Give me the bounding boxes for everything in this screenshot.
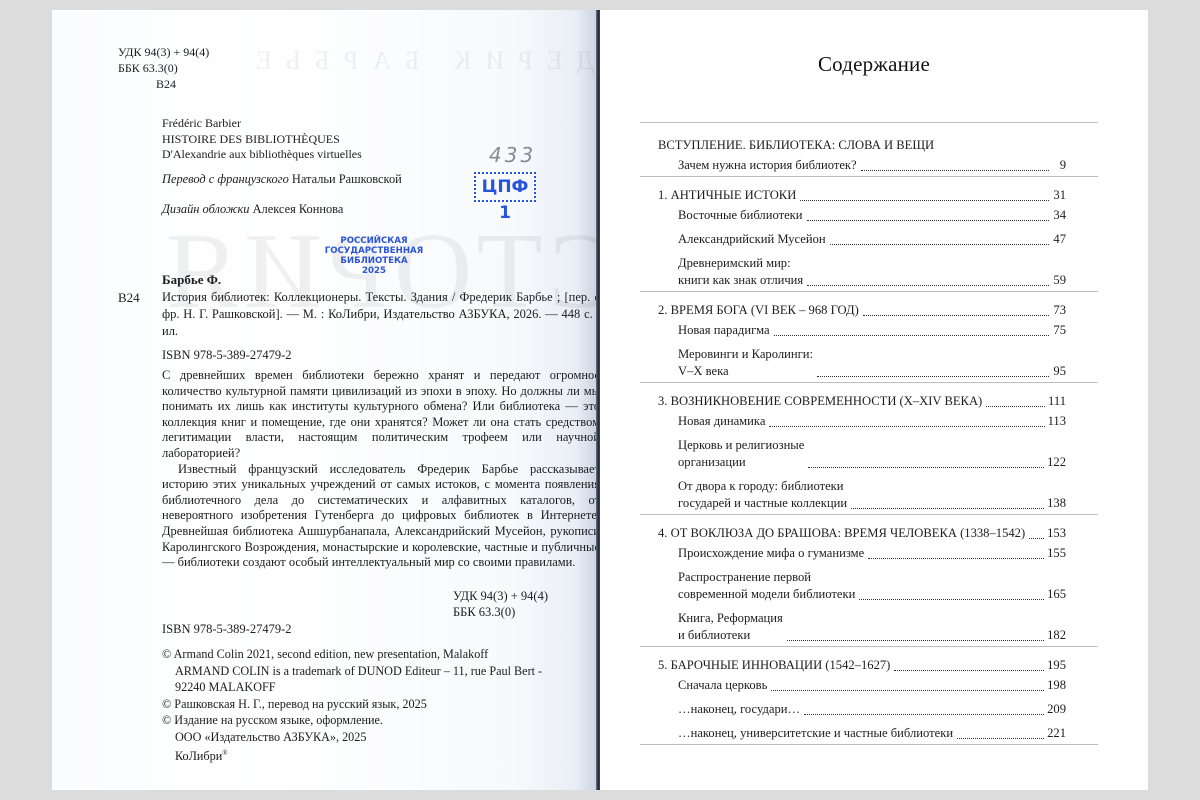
toc-entry-label: 5. БАРОЧНЫЕ ИННОВАЦИИ (1542–1627) — [658, 657, 890, 674]
toc-entry-label: 1. АНТИЧНЫЕ ИСТОКИ — [658, 187, 796, 204]
toc-page-number: 73 — [1052, 302, 1066, 319]
toc-entry-label-line: и библиотеки — [678, 627, 783, 644]
catalog-description: История библиотек: Коллекционеры. Тексты… — [162, 289, 598, 340]
toc-page-number: 9 — [1052, 157, 1066, 174]
copyright-line: ООО «Издательство АЗБУКА», 2025 — [162, 729, 542, 746]
copyright-line: 92240 MALAKOFF — [162, 679, 542, 696]
dot-leader — [861, 170, 1049, 171]
original-author: Frédéric Barbier — [162, 116, 362, 132]
toc-section-heading[interactable]: 2. ВРЕМЯ БОГА (VI ВЕК – 968 ГОД)73 — [658, 302, 1066, 319]
toc-entry-label: Восточные библиотеки — [678, 207, 803, 224]
toc-page-number: 182 — [1047, 627, 1066, 644]
dot-leader — [817, 376, 1049, 377]
library-stamp-line: ГОСУДАРСТВЕННАЯ — [314, 246, 434, 256]
dot-leader — [830, 244, 1049, 245]
toc-entry-label-line: книги как знак отличия — [678, 272, 803, 289]
toc-section-heading[interactable]: 1. АНТИЧНЫЕ ИСТОКИ31 — [658, 187, 1066, 204]
toc-entry[interactable]: Новая парадигма75 — [658, 322, 1066, 339]
toc-section-heading[interactable]: 4. ОТ ВОКЛЮЗА ДО БРАШОВА: ВРЕМЯ ЧЕЛОВЕКА… — [658, 525, 1066, 542]
library-stamp: РОССИЙСКАЯ ГОСУДАРСТВЕННАЯ БИБЛИОТЕКА 20… — [314, 236, 434, 276]
toc-page-number: 195 — [1047, 657, 1066, 674]
toc-section-heading[interactable]: 3. ВОЗНИКНОВЕНИЕ СОВРЕМЕННОСТИ (X–XIV ВЕ… — [658, 393, 1066, 410]
toc-entry-label-line: Распространение первой — [678, 569, 855, 586]
dot-leader — [957, 738, 1044, 739]
dot-leader — [800, 200, 1049, 201]
udk-code: УДК 94(3) + 94(4) — [118, 44, 209, 60]
dot-leader — [863, 315, 1049, 316]
isbn: ISBN 978-5-389-27479-2 — [162, 348, 292, 363]
toc-entry-label: 2. ВРЕМЯ БОГА (VI ВЕК – 968 ГОД) — [658, 302, 859, 319]
toc-entry-label: Происхождение мифа о гуманизме — [678, 545, 864, 562]
dot-leader — [804, 714, 1044, 715]
toc-entry-label-line: современной модели библиотеки — [678, 586, 855, 603]
divider — [640, 122, 1098, 123]
author-mark: B24 — [118, 76, 209, 92]
toc-entry[interactable]: Книга, Реформацияи библиотеки182 — [658, 610, 1066, 644]
toc-entry-label: Александрийский Мусейон — [678, 231, 826, 248]
bottom-classification: УДК 94(3) + 94(4) ББК 63.3(0) — [453, 588, 548, 620]
dot-leader — [807, 285, 1049, 286]
toc-entry-label: 3. ВОЗНИКНОВЕНИЕ СОВРЕМЕННОСТИ (X–XIV ВЕ… — [658, 393, 982, 410]
table-of-contents: ВСТУПЛЕНИЕ. БИБЛИОТЕКА: СЛОВА И ВЕЩИЗаче… — [658, 137, 1066, 755]
isbn-bottom: ISBN 978-5-389-27479-2 — [162, 622, 292, 637]
toc-section: 4. ОТ ВОКЛЮЗА ДО БРАШОВА: ВРЕМЯ ЧЕЛОВЕКА… — [658, 525, 1066, 644]
bbk-code: ББК 63.3(0) — [118, 60, 209, 76]
toc-entry-label: От двора к городу: библиотекигосударей и… — [678, 478, 847, 512]
toc-entry-label-line: Церковь и религиозные — [678, 437, 804, 454]
toc-page-number: 113 — [1048, 413, 1066, 430]
toc-entry-label: Новая динамика — [678, 413, 765, 430]
dot-leader — [787, 640, 1044, 641]
toc-entry-label-line: организации — [678, 454, 804, 471]
udk-code-bottom: УДК 94(3) + 94(4) — [453, 588, 548, 604]
toc-page-number: 31 — [1052, 187, 1066, 204]
dot-leader — [1029, 538, 1044, 539]
toc-page-number: 198 — [1047, 677, 1066, 694]
toc-entry[interactable]: Распространение первойсовременной модели… — [658, 569, 1066, 603]
toc-entry-label-line: V–X века — [678, 363, 813, 380]
toc-page-number: 155 — [1047, 545, 1066, 562]
annotation-paragraph: Известный французский исследователь Фред… — [162, 462, 598, 571]
original-subtitle: D'Alexandrie aux bibliothèques virtuelle… — [162, 147, 362, 163]
toc-entry[interactable]: От двора к городу: библиотекигосударей и… — [658, 478, 1066, 512]
toc-entry-label-line: Древнеримский мир: — [678, 255, 803, 272]
original-title: HISTOIRE DES BIBLIOTHÈQUES — [162, 132, 362, 148]
divider — [640, 646, 1098, 647]
toc-page-number: 34 — [1052, 207, 1066, 224]
dot-leader — [807, 220, 1049, 221]
copyright-line: ARMAND COLIN is a trademark of DUNOD Edi… — [162, 663, 542, 680]
divider — [640, 382, 1098, 383]
toc-page-number: 122 — [1047, 454, 1066, 471]
inventory-stamp: ЦПФ 1 — [474, 172, 536, 202]
divider — [640, 176, 1098, 177]
original-title-block: Frédéric Barbier HISTOIRE DES BIBLIOTHÈQ… — [162, 116, 362, 163]
copyright-line: © Рашковская Н. Г., перевод на русский я… — [162, 696, 542, 713]
toc-page-number: 153 — [1047, 525, 1066, 542]
toc-entry[interactable]: …наконец, университетские и частные библ… — [658, 725, 1066, 742]
toc-entry[interactable]: Сначала церковь198 — [658, 677, 1066, 694]
page-title: Содержание — [600, 51, 1148, 77]
toc-entry-label: 4. ОТ ВОКЛЮЗА ДО БРАШОВА: ВРЕМЯ ЧЕЛОВЕКА… — [658, 525, 1025, 542]
divider — [640, 291, 1098, 292]
toc-entry[interactable]: Меровинги и Каролинги:V–X века95 — [658, 346, 1066, 380]
toc-entry-label: Распространение первойсовременной модели… — [678, 569, 855, 603]
handwritten-number: 433 — [489, 143, 536, 167]
toc-entry[interactable]: Восточные библиотеки34 — [658, 207, 1066, 224]
classification-block: УДК 94(3) + 94(4) ББК 63.3(0) B24 — [118, 44, 209, 92]
design-role: Дизайн обложки — [162, 202, 249, 216]
toc-section: 2. ВРЕМЯ БОГА (VI ВЕК – 968 ГОД)73Новая … — [658, 302, 1066, 380]
toc-section: 1. АНТИЧНЫЕ ИСТОКИ31Восточные библиотеки… — [658, 187, 1066, 289]
toc-page-number: 95 — [1052, 363, 1066, 380]
toc-page-number: 221 — [1047, 725, 1066, 742]
copyright-line: КоЛибри® — [162, 745, 542, 765]
toc-entry-label: …наконец, государи… — [678, 701, 800, 718]
bbk-code-bottom: ББК 63.3(0) — [453, 604, 548, 620]
divider — [640, 514, 1098, 515]
copyright-block: © Armand Colin 2021, second edition, new… — [162, 646, 542, 765]
toc-section: 5. БАРОЧНЫЕ ИННОВАЦИИ (1542–1627)195Снач… — [658, 657, 1066, 742]
toc-entry-label: Древнеримский мир:книги как знак отличия — [678, 255, 803, 289]
toc-section-heading[interactable]: 5. БАРОЧНЫЕ ИННОВАЦИИ (1542–1627)195 — [658, 657, 1066, 674]
toc-entry-label: Сначала церковь — [678, 677, 767, 694]
toc-entry-label: Книга, Реформацияи библиотеки — [678, 610, 783, 644]
right-page-contents: Содержание ВСТУПЛЕНИЕ. БИБЛИОТЕКА: СЛОВА… — [600, 10, 1148, 790]
copyright-line: © Издание на русском языке, оформление. — [162, 712, 542, 729]
toc-section-heading[interactable]: ВСТУПЛЕНИЕ. БИБЛИОТЕКА: СЛОВА И ВЕЩИ — [658, 137, 1066, 154]
toc-entry[interactable]: Древнеримский мир:книги как знак отличия… — [658, 255, 1066, 289]
dot-leader — [986, 406, 1045, 407]
copyright-line: © Armand Colin 2021, second edition, new… — [162, 646, 542, 663]
library-stamp-line: РОССИЙСКАЯ — [314, 236, 434, 246]
left-page-imprint: ФРЕДЕРИК БАРБЬЕ ИСТОРИЯ УДК 94(3) + 94(4… — [52, 10, 598, 790]
dot-leader — [859, 599, 1044, 600]
toc-entry-label-line: Книга, Реформация — [678, 610, 783, 627]
toc-entry-label: Церковь и религиозныеорганизации — [678, 437, 804, 471]
library-stamp-year: 2025 — [314, 266, 434, 276]
translator-name: Натальи Рашковской — [292, 172, 402, 186]
toc-entry-label-line: Меровинги и Каролинги: — [678, 346, 813, 363]
toc-entry-label-line: государей и частные коллекции — [678, 495, 847, 512]
toc-entry-label: Зачем нужна история библиотек? — [678, 157, 857, 174]
dot-leader — [771, 690, 1044, 691]
toc-page-number: 138 — [1047, 495, 1066, 512]
toc-entry-label: Меровинги и Каролинги:V–X века — [678, 346, 813, 380]
dot-leader — [774, 335, 1049, 336]
dot-leader — [868, 558, 1044, 559]
toc-page-number: 75 — [1052, 322, 1066, 339]
dot-leader — [894, 670, 1044, 671]
toc-page-number: 47 — [1052, 231, 1066, 248]
show-through-author: ФРЕДЕРИК БАРБЬЕ — [242, 46, 598, 76]
translation-credit: Перевод с французского Натальи Рашковско… — [162, 172, 402, 187]
toc-section: ВСТУПЛЕНИЕ. БИБЛИОТЕКА: СЛОВА И ВЕЩИЗаче… — [658, 137, 1066, 174]
toc-entry-label: Новая парадигма — [678, 322, 770, 339]
toc-page-number: 209 — [1047, 701, 1066, 718]
toc-page-number: 59 — [1052, 272, 1066, 289]
toc-page-number: 165 — [1047, 586, 1066, 603]
toc-entry-label: …наконец, университетские и частные библ… — [678, 725, 953, 742]
toc-section: 3. ВОЗНИКНОВЕНИЕ СОВРЕМЕННОСТИ (X–XIV ВЕ… — [658, 393, 1066, 512]
toc-entry[interactable]: Зачем нужна история библиотек?9 — [658, 157, 1066, 174]
design-credit: Дизайн обложки Алексея Коннова — [162, 202, 343, 217]
registered-mark-icon: ® — [222, 749, 227, 757]
publisher-brand: КоЛибри — [175, 749, 222, 763]
toc-entry[interactable]: …наконец, государи…209 — [658, 701, 1066, 718]
dot-leader — [808, 467, 1044, 468]
dot-leader — [851, 508, 1044, 509]
toc-entry[interactable]: Церковь и религиозныеорганизации122 — [658, 437, 1066, 471]
toc-entry[interactable]: Александрийский Мусейон47 — [658, 231, 1066, 248]
catalog-side-mark: B24 — [118, 290, 140, 306]
toc-entry[interactable]: Происхождение мифа о гуманизме155 — [658, 545, 1066, 562]
toc-entry[interactable]: Новая динамика113 — [658, 413, 1066, 430]
translation-role: Перевод с французского — [162, 172, 289, 186]
dot-leader — [769, 426, 1044, 427]
toc-page-number: 111 — [1048, 393, 1066, 410]
annotation-paragraph: С древнейших времен библиотеки бережно х… — [162, 368, 598, 462]
toc-entry-label: ВСТУПЛЕНИЕ. БИБЛИОТЕКА: СЛОВА И ВЕЩИ — [658, 137, 934, 154]
toc-entry-label-line: От двора к городу: библиотеки — [678, 478, 847, 495]
library-stamp-line: БИБЛИОТЕКА — [314, 256, 434, 266]
designer-name: Алексея Коннова — [253, 202, 344, 216]
catalog-author-heading: Барбье Ф. — [162, 272, 221, 288]
annotation: С древнейших времен библиотеки бережно х… — [162, 368, 598, 571]
divider — [640, 744, 1098, 745]
